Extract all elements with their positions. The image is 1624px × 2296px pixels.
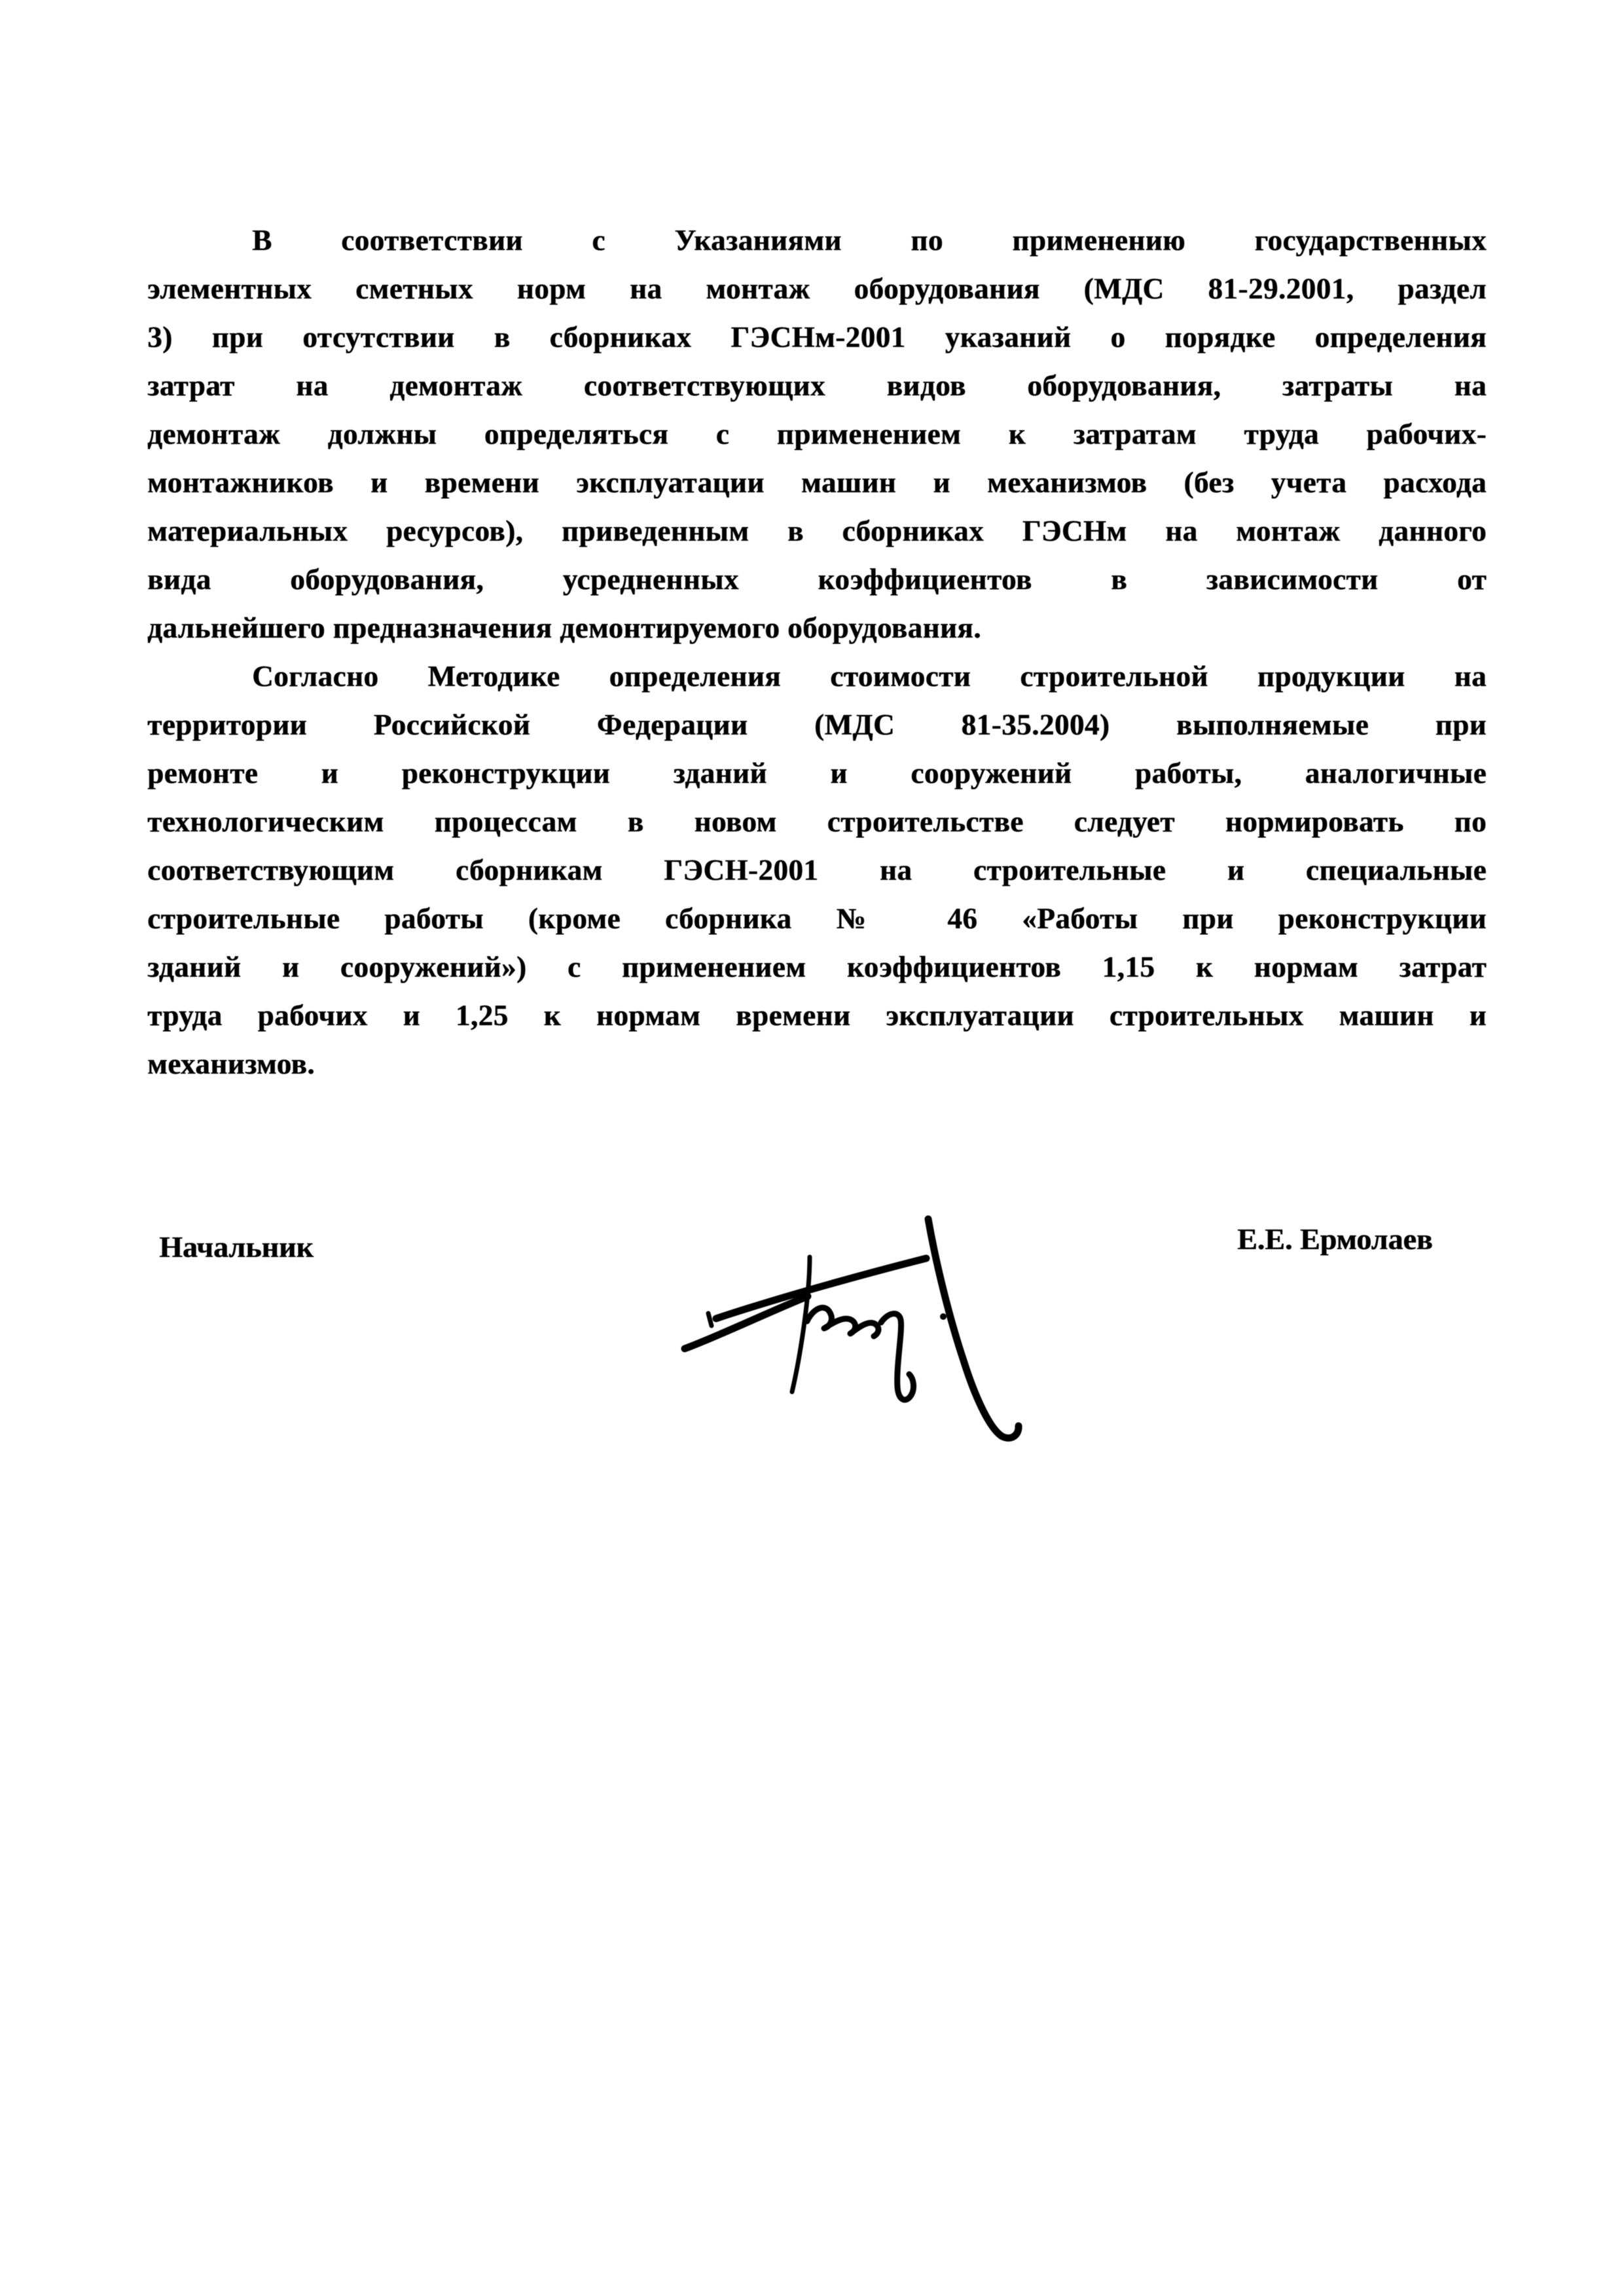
text-line: соответствующим сборникам ГЭСН-2001 на с… [147,846,1487,894]
text-line: 3) при отсутствии в сборниках ГЭСНм-2001… [147,313,1487,361]
text-line: В соответствии с Указаниями по применени… [147,216,1487,264]
text-line: материальных ресурсов), приведенным в сб… [147,507,1487,555]
text-line: технологическим процессам в новом строит… [147,797,1487,846]
text-line: демонтаж должны определяться с применени… [147,410,1487,458]
text-line: труда рабочих и 1,25 к нормам времени эк… [147,991,1487,1040]
text-line: затрат на демонтаж соответствующих видов… [147,361,1487,410]
document-body: В соответствии с Указаниями по применени… [147,216,1487,1088]
text-line: дальнейшего предназначения демонтируемог… [147,604,1487,652]
text-line: монтажников и времени эксплуатации машин… [147,458,1487,507]
text-line: механизмов. [147,1040,1487,1088]
position-title: Начальник [159,1231,314,1264]
signee-name: Е.Е. Ермолаев [1237,1223,1433,1256]
document-page: В соответствии с Указаниями по применени… [0,0,1624,2296]
text-line: ремонте и реконструкции зданий и сооруже… [147,749,1487,797]
paragraph: В соответствии с Указаниями по применени… [147,216,1487,652]
text-line: строительные работы (кроме сборника № 46… [147,894,1487,943]
text-line: элементных сметных норм на монтаж оборуд… [147,264,1487,313]
paragraph: Согласно Методике определения стоимости … [147,652,1487,1088]
text-line: Согласно Методике определения стоимости … [147,652,1487,701]
text-line: вида оборудования, усредненных коэффицие… [147,555,1487,604]
handwritten-signature-icon [681,1210,1028,1446]
text-line: территории Российской Федерации (МДС 81-… [147,701,1487,749]
text-line: зданий и сооружений») с применением коэф… [147,943,1487,991]
